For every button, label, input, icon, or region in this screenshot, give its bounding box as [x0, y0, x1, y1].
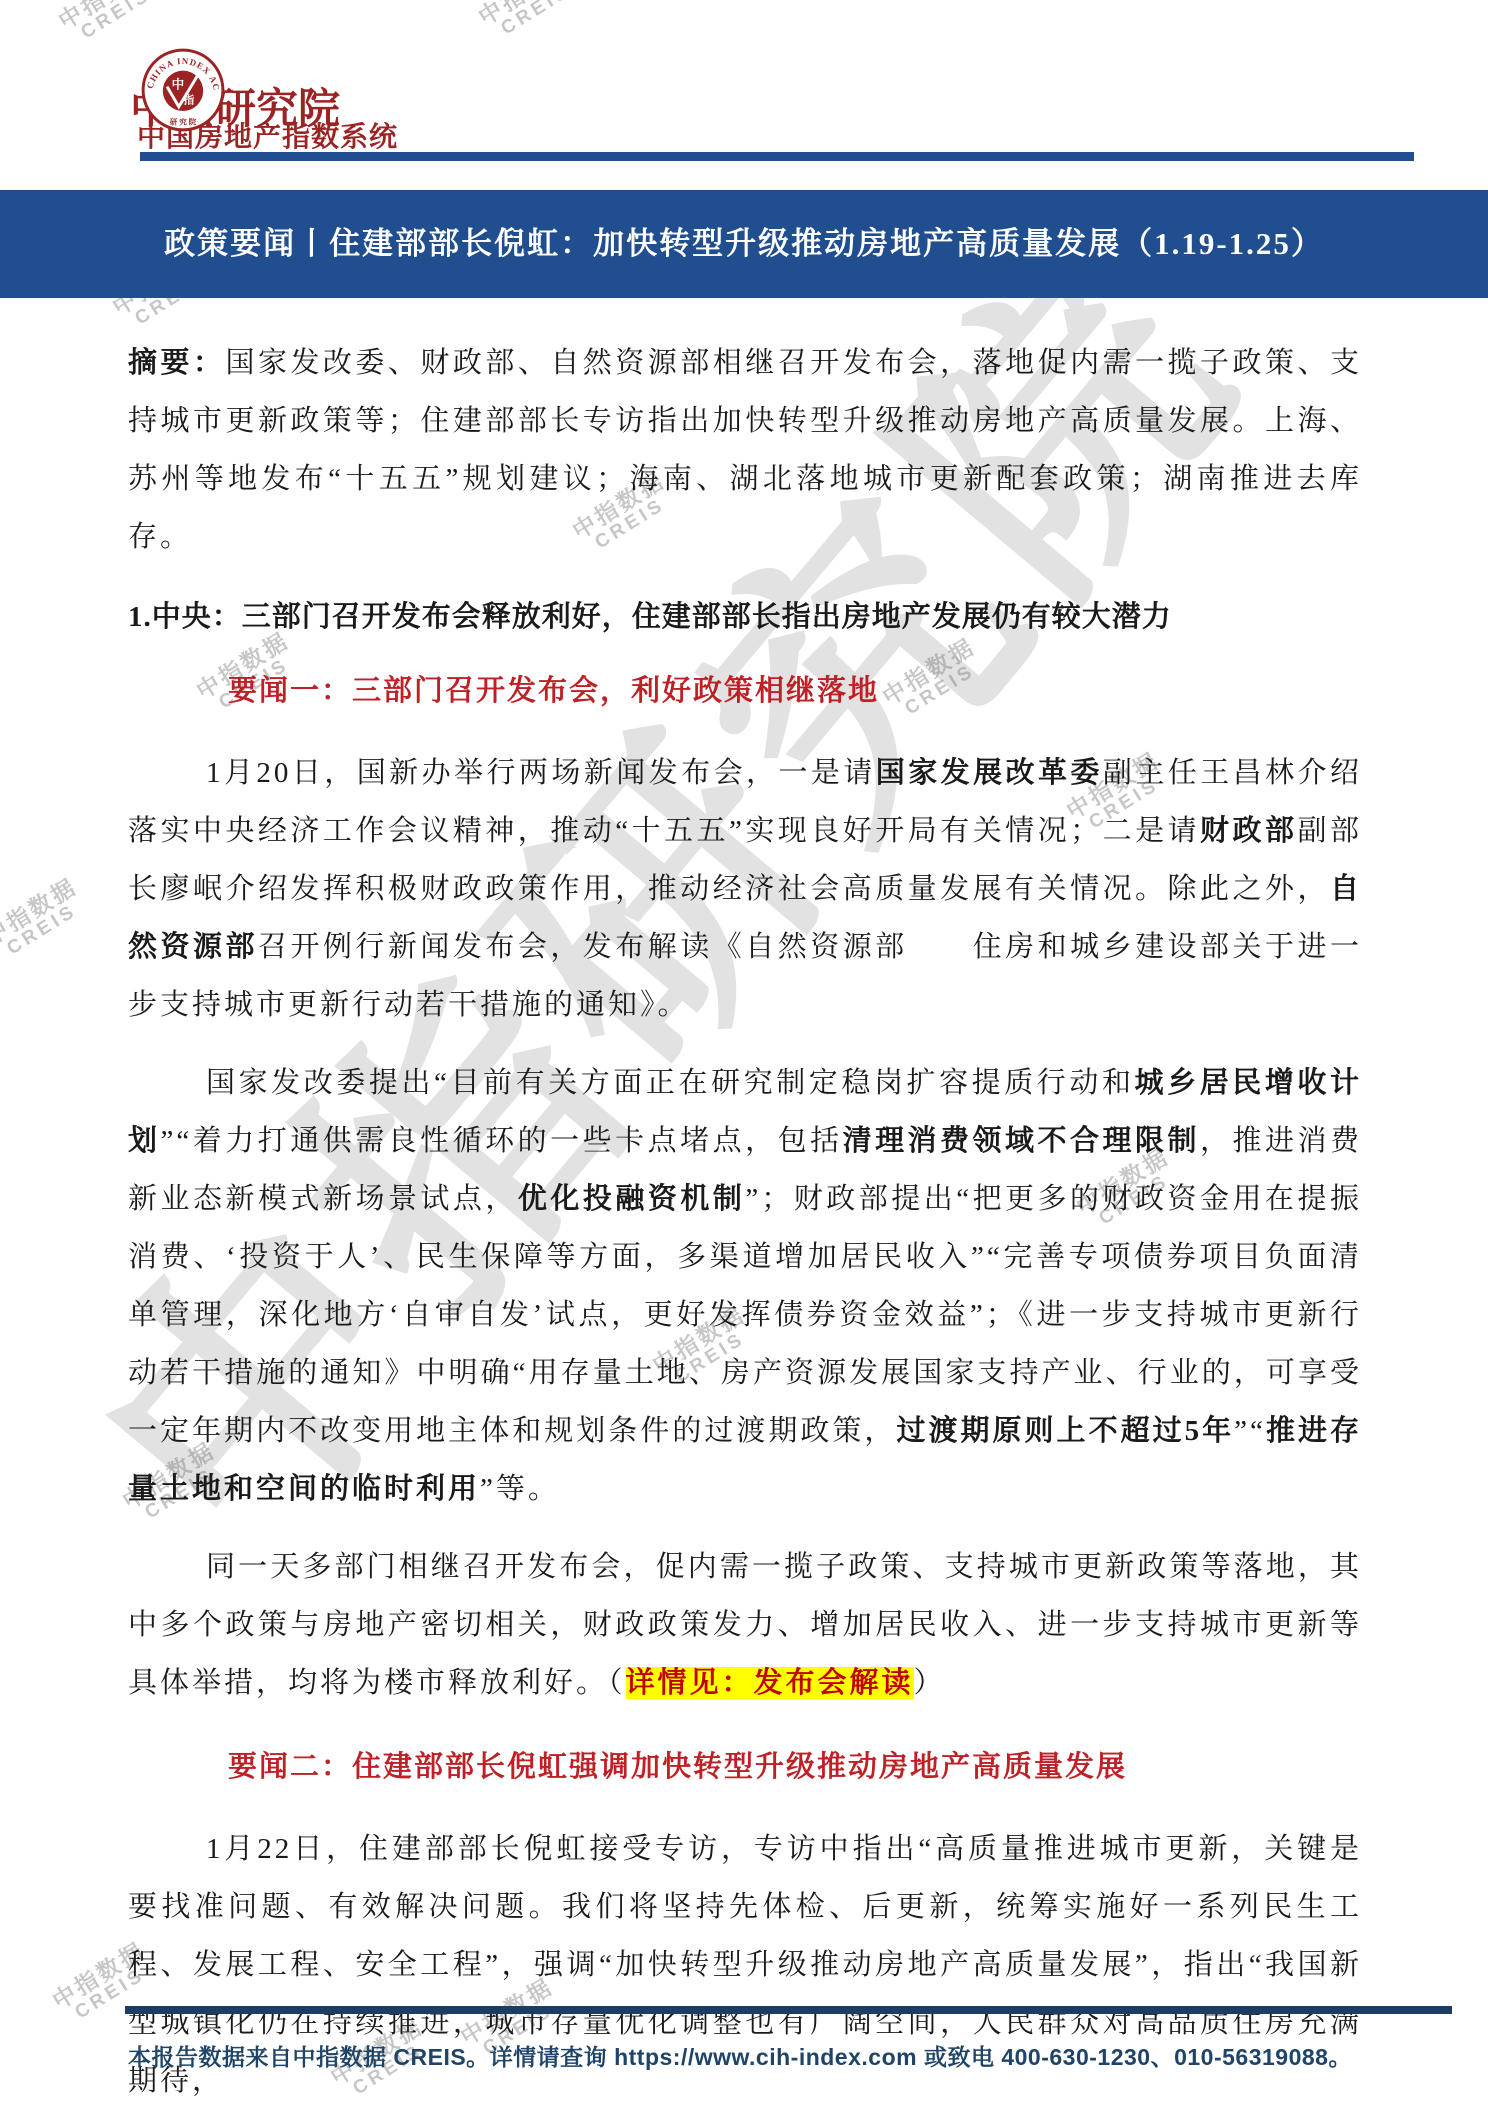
- text-run: 过渡期原则上不超过5年: [896, 1415, 1234, 1447]
- header-divider: [140, 152, 1414, 161]
- banner: 政策要闻丨住建部部长倪虹：加快转型升级推动房地产高质量发展（1.19-1.25）: [0, 190, 1488, 298]
- highlighted-link-text[interactable]: 详情见：发布会解读: [626, 1667, 914, 1699]
- text-run: 1月20日，国新办举行两场新闻发布会，一是请: [206, 757, 876, 789]
- text-run: ”“: [1234, 1415, 1266, 1447]
- news-1-heading: 要闻一：三部门召开发布会，利好政策相继落地: [228, 662, 1362, 720]
- text-run: 优化投融资机制: [518, 1183, 745, 1215]
- report-body: 摘要：国家发改委、财政部、自然资源部相继召开发布会，落地促内需一揽子政策、支持城…: [0, 298, 1488, 2104]
- news-2-heading: 要闻二：住建部部长倪虹强调加快转型升级推动房地产高质量发展: [228, 1738, 1362, 1796]
- abstract-paragraph: 摘要：国家发改委、财政部、自然资源部相继召开发布会，落地促内需一揽子政策、支持城…: [128, 334, 1362, 566]
- text-run: 召开例行新闻发布会，发布解读《自然资源部 住房和城乡建设部关于进一步支持城市更新…: [128, 931, 1362, 1021]
- text-run: 国家发展改革委: [876, 757, 1103, 789]
- banner-title: 政策要闻丨住建部部长倪虹：加快转型升级推动房地产高质量发展（1.19-1.25）: [164, 226, 1324, 261]
- china-index-academy-seal-logo: CHINA INDEX ACADEMY 中 指 研 究 院: [141, 48, 225, 132]
- footer-divider: [125, 2006, 1452, 2014]
- text-run: 财政部: [1200, 815, 1297, 847]
- paragraph-1: 1月20日，国新办举行两场新闻发布会，一是请国家发展改革委副主任王昌林介绍落实中…: [128, 744, 1362, 1034]
- text-run: ”“着力打通供需良性循环的一些卡点堵点，包括: [161, 1125, 843, 1157]
- svg-text:指: 指: [182, 92, 194, 106]
- text-run: ）: [914, 1667, 946, 1699]
- svg-text:研 究 院: 研 究 院: [170, 116, 197, 126]
- paragraph-3: 同一天多部门相继召开发布会，促内需一揽子政策、支持城市更新政策等落地，其中多个政…: [128, 1538, 1362, 1712]
- text-run: ”等。: [480, 1473, 560, 1505]
- text-run: 国家发改委提出“目前有关方面正在研究制定稳岗扩容提质行动和: [206, 1067, 1135, 1099]
- text-run: 摘要：: [128, 347, 225, 379]
- footer-note: 本报告数据来自中指数据 CREIS。详情请查询 https://www.cih-…: [128, 2039, 1352, 2072]
- report-header: 中指研究院 中国房地产指数系统 CHINA INDEX ACADEMY 中 指 …: [0, 0, 1488, 190]
- text-run: ”；财政部提出“把更多的财政资金用在提振消费、‘投资于人’、民生保障等方面，多渠…: [128, 1183, 1362, 1447]
- text-run: 清理消费领域不合理限制: [843, 1125, 1200, 1157]
- report-page: 中指研究院 中指数据CREIS中指数据CREIS中指数据CREIS中指数据CRE…: [0, 0, 1488, 2104]
- paragraph-2: 国家发改委提出“目前有关方面正在研究制定稳岗扩容提质行动和城乡居民增收计划”“着…: [128, 1054, 1362, 1518]
- section-1-heading: 1.中央：三部门召开发布会释放利好，住建部部长指出房地产发展仍有较大潜力: [128, 588, 1362, 646]
- svg-text:中: 中: [172, 76, 185, 91]
- text-run: 国家发改委、财政部、自然资源部相继召开发布会，落地促内需一揽子政策、支持城市更新…: [128, 347, 1362, 553]
